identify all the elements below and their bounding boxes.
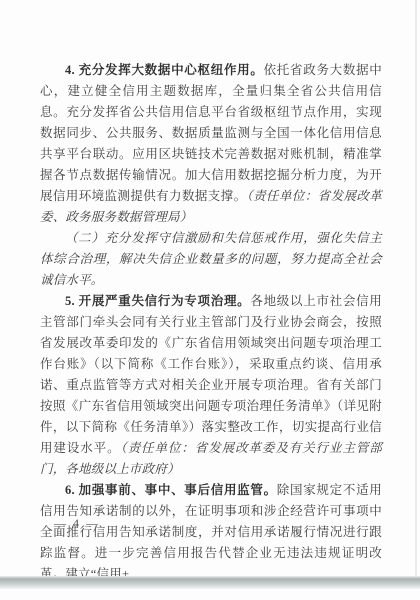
document-body: 4. 充分发挥大数据中心枢纽作用。依托省政务大数据中心，建立健全信用主题数据库，… (40, 60, 382, 585)
paragraph-item-6: 6. 加强事前、事中、事后信用监管。除国家规定不适用信用告知承诺制的以外，在证明… (40, 480, 382, 585)
item-6-text: 除国家规定不适用信用告知承诺制的以外，在证明事项和涉企经营许可事项中全面推行信用… (40, 483, 382, 581)
scanned-document-page: 4. 充分发挥大数据中心枢纽作用。依托省政务大数据中心，建立健全信用主题数据库，… (0, 0, 420, 600)
item-5-text: 各地级以上市社会信用主管部门牵头会同有关行业主管部门及行业协会商会，按照省发展改… (40, 294, 382, 455)
paragraph-item-4: 4. 充分发挥大数据中心枢纽作用。依托省政务大数据中心，建立健全信用主题数据库，… (40, 60, 382, 228)
paragraph-item-5: 5. 开展严重失信行为专项治理。各地级以上市社会信用主管部门牵头会同有关行业主管… (40, 291, 382, 480)
page-number: — 4 — (54, 516, 100, 531)
scan-bottom-edge-shadow (0, 576, 420, 589)
item-5-heading: 5. 开展严重失信行为专项治理。 (65, 294, 250, 308)
item-6-heading: 6. 加强事前、事中、事后信用监管。 (65, 483, 277, 497)
item-4-heading: 4. 充分发挥大数据中心枢纽作用。 (65, 63, 264, 77)
paragraph-section-2: （二）充分发挥守信激励和失信惩戒作用，强化失信主体综合治理，解决失信企业数量多的… (40, 228, 382, 291)
section-2-heading: （二）充分发挥守信激励和失信惩戒作用，强化失信主体综合治理，解决失信企业数量多的… (40, 231, 382, 287)
scan-right-edge-line (415, 0, 417, 576)
item-4-text: 依托省政务大数据中心，建立健全信用主题数据库，全量归集全省公共信用信息。充分发挥… (40, 63, 382, 203)
